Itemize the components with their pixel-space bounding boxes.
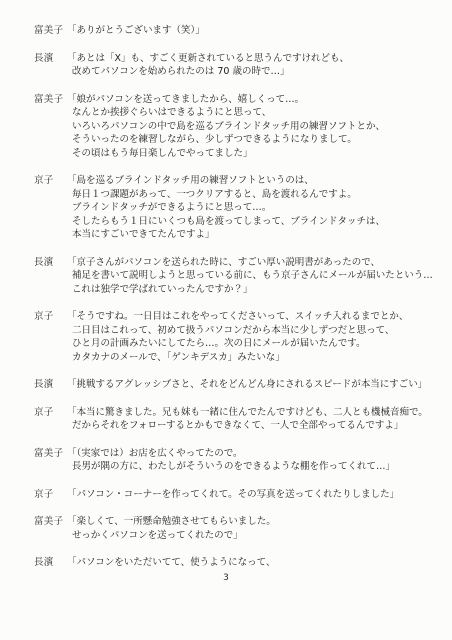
dialogue-block: 長濱 「挑戦するアグレッシブさと、それをどんどん身にされるスピードが本当にすごい…	[34, 378, 440, 392]
dialogue-lines: 「あとは「X」も、すごく更新されていると思うんですけれども、 改めてパソコンを始…	[67, 52, 440, 79]
speaker-name: 京子	[34, 488, 67, 502]
speaker-name: 長濱	[34, 52, 67, 66]
dialogue-line: 毎日１つ課題があって、一つクリアすると、島を渡れるんですよ。	[67, 188, 440, 202]
dialogue-line: 本当にすごいできてたんですよ」	[67, 228, 440, 242]
transcript-content: 富美子 「ありがとうございます（笑）」 長濱 「あとは「X」も、すごく更新されて…	[34, 24, 440, 584]
dialogue-line: 「楽しくて、一所懸命勉強させてもらいました。	[67, 515, 440, 529]
dialogue-lines: 「そうですね。一日目はこれをやってくださいって、スイッチ入れるまでとか、 二日目…	[67, 310, 440, 364]
speaker-name: 京子	[34, 310, 67, 324]
dialogue-line: ひと月の計画みたいにしてたら…。次の日にメールが届いたんです。	[67, 337, 440, 351]
dialogue-line: 「パソコン・コーナーを作ってくれて。その写真を送ってくれたりしました」	[67, 488, 440, 502]
dialogue-lines: 「娘がパソコンを送ってきましたから、嬉しくって…。 なんとか挨拶ぐらいはできるよ…	[67, 93, 440, 161]
dialogue-line: 「挑戦するアグレッシブさと、それをどんどん身にされるスピードが本当にすごい」	[67, 378, 440, 392]
dialogue-line: カタカナのメールで、「ゲンキデスカ」みたいな」	[67, 351, 440, 365]
dialogue-line: 「パソコンをいただいてて、使うようになって、	[67, 556, 440, 570]
dialogue-line: これは独学で学ばれていったんですか？」	[67, 283, 440, 297]
dialogue-line: 「島を巡るブラインドタッチ用の練習ソフトというのは、	[67, 174, 440, 188]
dialogue-line: だからそれをフォローするとかもできなくて、一人で全部やってるんですよ」	[67, 419, 440, 433]
speaker-name: 富美子	[34, 447, 67, 461]
dialogue-line: その頃はもう毎日楽しんでやってました」	[67, 147, 440, 161]
speaker-name: 京子	[34, 406, 67, 420]
dialogue-lines: 「ありがとうございます（笑）」	[67, 24, 440, 38]
dialogue-lines: 「本当に驚きました。兄も妹も一緒に住んでたんですけども、二人とも機械音痴で。 だ…	[67, 406, 440, 433]
dialogue-lines: 「島を巡るブラインドタッチ用の練習ソフトというのは、 毎日１つ課題があって、一つ…	[67, 174, 440, 242]
dialogue-line: そういったのを練習しながら、少しずつできるようになりまして。	[67, 133, 440, 147]
document-page: 富美子 「ありがとうございます（笑）」 長濱 「あとは「X」も、すごく更新されて…	[0, 0, 452, 640]
dialogue-line: 「娘がパソコンを送ってきましたから、嬉しくって…。	[67, 93, 440, 107]
dialogue-line: 「京子さんがパソコンを送られた時に、すごい厚い説明書があったので、	[67, 256, 440, 270]
dialogue-block: 富美子 「娘がパソコンを送ってきましたから、嬉しくって…。 なんとか挨拶ぐらいは…	[34, 93, 440, 161]
speaker-name: 長濱	[34, 556, 67, 570]
dialogue-line: 補足を書いて説明しようと思っている前に、もう京子さんにメールが届いたという…	[67, 269, 440, 283]
dialogue-block: 京子 「島を巡るブラインドタッチ用の練習ソフトというのは、 毎日１つ課題があって…	[34, 174, 440, 242]
speaker-name: 長濱	[34, 256, 67, 270]
speaker-name: 京子	[34, 174, 67, 188]
dialogue-block: 京子 「パソコン・コーナーを作ってくれて。その写真を送ってくれたりしました」	[34, 488, 440, 502]
dialogue-line: 二日目はこれって、初めて扱うパソコンだから本当に少しずつだと思って、	[67, 324, 440, 338]
dialogue-line: なんとか挨拶ぐらいはできるようにと思って、	[67, 106, 440, 120]
dialogue-line: 改めてパソコンを始められたのは 70 歳の時で…」	[67, 65, 440, 79]
dialogue-line: そしたらもう１日にいくつも島を渡ってしまって、ブラインドタッチは、	[67, 215, 440, 229]
dialogue-lines: 「楽しくて、一所懸命勉強させてもらいました。 せっかくパソコンを送ってくれたので…	[67, 515, 440, 542]
dialogue-block: 富美子 「楽しくて、一所懸命勉強させてもらいました。 せっかくパソコンを送ってく…	[34, 515, 440, 542]
dialogue-lines: 「パソコンをいただいてて、使うようになって、	[67, 556, 440, 570]
dialogue-lines: 「（実家では）お店を広くやってたので。 長男が隅の方に、わたしがそういうのをでき…	[67, 447, 440, 474]
speaker-name: 富美子	[34, 515, 67, 529]
dialogue-block: 長濱 「京子さんがパソコンを送られた時に、すごい厚い説明書があったので、 補足を…	[34, 256, 440, 297]
dialogue-block: 京子 「本当に驚きました。兄も妹も一緒に住んでたんですけども、二人とも機械音痴で…	[34, 406, 440, 433]
speaker-name: 長濱	[34, 378, 67, 392]
dialogue-line: せっかくパソコンを送ってくれたので」	[67, 529, 440, 543]
dialogue-lines: 「パソコン・コーナーを作ってくれて。その写真を送ってくれたりしました」	[67, 488, 440, 502]
dialogue-line: 「あとは「X」も、すごく更新されていると思うんですけれども、	[67, 52, 440, 66]
dialogue-block: 長濱 「あとは「X」も、すごく更新されていると思うんですけれども、 改めてパソコ…	[34, 52, 440, 79]
dialogue-lines: 「京子さんがパソコンを送られた時に、すごい厚い説明書があったので、 補足を書いて…	[67, 256, 440, 297]
speaker-name: 富美子	[34, 24, 67, 38]
dialogue-block: 富美子 「ありがとうございます（笑）」	[34, 24, 440, 38]
dialogue-line: 「そうですね。一日目はこれをやってくださいって、スイッチ入れるまでとか、	[67, 310, 440, 324]
dialogue-line: 「本当に驚きました。兄も妹も一緒に住んでたんですけども、二人とも機械音痴で。	[67, 406, 440, 420]
dialogue-line: 「（実家では）お店を広くやってたので。	[67, 447, 440, 461]
dialogue-line: 「ありがとうございます（笑）」	[67, 24, 440, 38]
speaker-name: 富美子	[34, 93, 67, 107]
page-number: 3	[0, 572, 452, 586]
dialogue-lines: 「挑戦するアグレッシブさと、それをどんどん身にされるスピードが本当にすごい」	[67, 378, 440, 392]
dialogue-line: いろいろパソコンの中で島を巡るブラインドタッチ用の練習ソフトとか、	[67, 120, 440, 134]
dialogue-block: 富美子 「（実家では）お店を広くやってたので。 長男が隅の方に、わたしがそういう…	[34, 447, 440, 474]
dialogue-block: 京子 「そうですね。一日目はこれをやってくださいって、スイッチ入れるまでとか、 …	[34, 310, 440, 364]
dialogue-block: 長濱 「パソコンをいただいてて、使うようになって、	[34, 556, 440, 570]
dialogue-line: 長男が隅の方に、わたしがそういうのをできるような棚を作ってくれて…」	[67, 460, 440, 474]
dialogue-line: ブラインドタッチができるようにと思って…。	[67, 201, 440, 215]
